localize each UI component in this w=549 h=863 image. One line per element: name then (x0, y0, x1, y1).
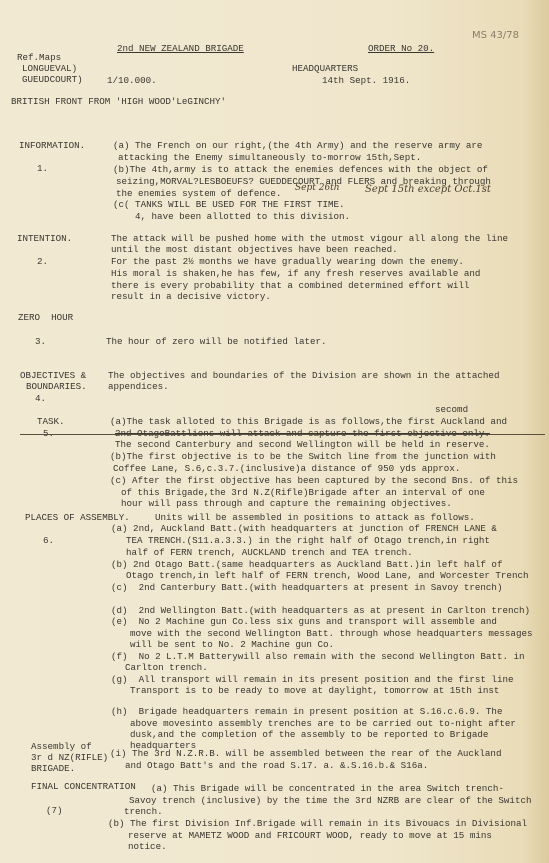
text-line: until the most distant objectives have b… (111, 244, 398, 255)
text-line: Otago trench,in left half of FERN trench… (126, 570, 528, 581)
map-longueval: LONGUEVAL) (22, 63, 77, 74)
text-line: of this Brigade,the 3rd N.Z(Rifle)Brigad… (121, 487, 485, 498)
section-number: 4. (35, 393, 46, 404)
text-line: appendices. (108, 381, 169, 392)
text-line: trench. (124, 806, 163, 817)
section-label-task: TASK. (37, 416, 65, 427)
ref-maps-label: Ref.Maps (17, 52, 61, 63)
text-line: (b)The 4th,army is to attack the enemies… (113, 164, 488, 175)
text-line: and Otago Batt's and the road S.17. a. &… (125, 760, 428, 771)
order-date: 14th Sept. 1916. (322, 75, 410, 86)
text-line: there is every probability that a combin… (111, 280, 469, 291)
text-line: will be sent to No. 2 Machine gun Co. (130, 639, 334, 650)
text-line: (b)The first objective is to be the Swit… (110, 451, 496, 462)
text-line: (a) 2nd, Auckland Batt.(with headquarter… (111, 523, 497, 534)
handwritten-annotation: Sept 26th (295, 183, 340, 194)
text-line: (b) The first Division Inf.Brigade will … (108, 818, 527, 829)
handwritten-annotation: Sept 15th except Oct.1st (365, 184, 491, 195)
section-label-assembly: PLACES OF ASSEMBLY. (25, 512, 130, 523)
text-line: reserve at MAMETZ WOOD and FRICOURT WOOD… (128, 830, 492, 841)
text-line: attacking the Enemy simultaneously to-mo… (118, 152, 421, 163)
section-number: 6. (43, 535, 54, 546)
text-line: The second Canterbury and second Welling… (115, 439, 490, 450)
text-line: Carlton trench. (125, 662, 208, 673)
text-line: (d) 2nd Wellington Batt.(with headquarte… (111, 605, 530, 616)
section-number: 3. (35, 336, 46, 347)
text-line: dusk,and the completion of the assembly … (130, 729, 488, 740)
text-line: (c) After the first objective has been c… (110, 475, 518, 486)
text-line: result in a decisive victory. (111, 291, 271, 302)
text-line: (b) 2nd Otago Batt.(same headquarters as… (111, 559, 502, 570)
text-line: The attack will be pushed home with the … (111, 233, 508, 244)
headquarters-label: HEADQUARTERS (292, 63, 358, 74)
text-line: Savoy trench (inclusive) by the time the… (129, 795, 531, 806)
text-line: (a) The French on our right,(the 4th Arm… (113, 140, 482, 151)
struck-rule (20, 434, 545, 435)
text-line: hour will pass through and capture the r… (121, 498, 452, 509)
text-line: (e) No 2 Machine gun Co.less six guns an… (111, 616, 497, 627)
text-line: (c( TANKS WILL BE USED FOR THE FIRST TIM… (113, 199, 345, 210)
section-number: 1. (37, 163, 48, 174)
text-line: (c) 2nd Canterbury Batt.(with headquarte… (111, 582, 502, 593)
text-line: half of FERN trench, AUCKLAND trench and… (126, 547, 413, 558)
section-label-objectives: OBJECTIVES & (20, 370, 86, 381)
text-line: His moral is shaken,he has few, if any f… (111, 268, 480, 279)
section-number: (7) (46, 805, 63, 816)
order-number: ORDER No 20. (368, 43, 434, 54)
section-label-intention: INTENTION. (17, 233, 72, 244)
text-line: The hour of zero will be notified later. (106, 336, 327, 347)
text-line: 4, have been allotted to this division. (135, 211, 350, 222)
text-line: (a) This Brigade will be concentrated in… (151, 783, 504, 794)
text-line: the enemies system of defence. (116, 188, 281, 199)
text-line: Transport is to be ready to move at dayl… (130, 685, 499, 696)
section-label-final-concentration: FINAL CONCENTRATION (31, 781, 136, 792)
document-page: MS 43/78 2nd NEW ZEALAND BRIGADE ORDER N… (0, 0, 549, 863)
section-label-zero-hour: ZERO HOUR (18, 312, 73, 323)
text-line: above movesinto assembly trenches are to… (130, 718, 516, 729)
text-line: (a)The task alloted to this Brigade is a… (110, 416, 507, 427)
text-line: (h) Brigade headquarters remain in prese… (111, 706, 502, 717)
text-line: TEA TRENCH.(S11.a.3.3.) in the right hal… (126, 535, 490, 546)
map-scale: 1/10.000. (107, 75, 157, 86)
map-gueudecourt: GUEUDCOURT) (22, 74, 83, 85)
text-line: Units will be assembled in positions to … (155, 512, 475, 523)
typed-insertion: secomd (435, 404, 468, 415)
text-line: notice. (128, 841, 167, 852)
text-line: (i) The 3rd N.Z.R.B. will be assembled b… (110, 748, 501, 759)
section-label-rifle-brigade: 3r d NZ(RIFLE) (31, 752, 108, 763)
section-label-information: INFORMATION. (19, 140, 85, 151)
text-line: move with the second Wellington Batt. th… (130, 628, 532, 639)
text-line: (f) No 2 L.T.M Batterywill also remain w… (111, 651, 525, 662)
section-label-rifle-assembly: Assembly of (31, 741, 92, 752)
text-line: Coffee Lane, S.6,c.3.7.(inclusive)a dist… (113, 463, 460, 474)
brigade-title: 2nd NEW ZEALAND BRIGADE (117, 43, 244, 54)
front-line-heading: BRITISH FRONT FROM 'HIGH WOOD'LeGINCHY' (11, 96, 226, 107)
text-line: For the past 2½ months we have gradually… (111, 256, 464, 267)
section-label-boundaries: BOUNDARIES. (26, 381, 87, 392)
text-line: (g) All transport will remain in its pre… (111, 674, 513, 685)
text-line: The objectives and boundaries of the Div… (108, 370, 499, 381)
section-label-brigade: BRIGADE. (31, 763, 75, 774)
section-number: 2. (37, 256, 48, 267)
archive-reference: MS 43/78 (472, 30, 519, 41)
